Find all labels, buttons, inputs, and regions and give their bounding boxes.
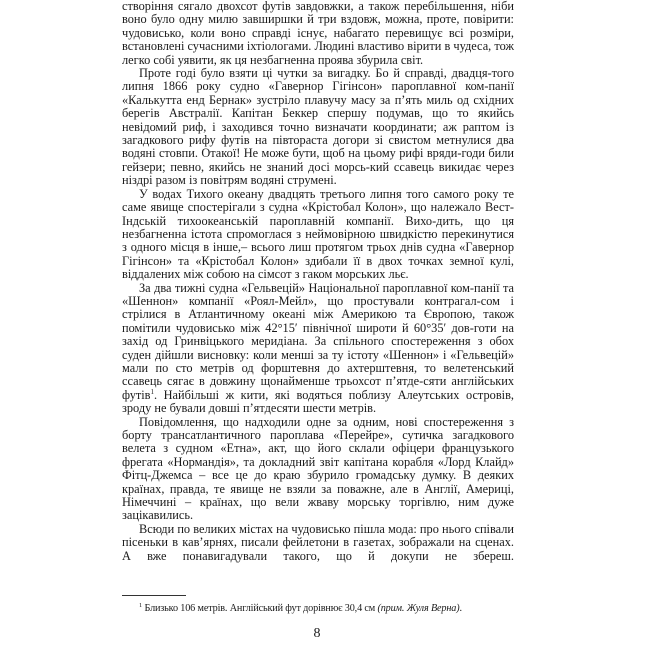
paragraph-2: Проте годі було взяти ці чутки за вигадк… xyxy=(122,67,514,188)
footnote-divider xyxy=(122,595,186,596)
footnote-end: . xyxy=(459,603,461,614)
page-number: 8 xyxy=(0,626,650,642)
paragraph-4-text-a: За два тижні судна «Гельвецій» Національ… xyxy=(122,281,514,402)
main-text: створіння сягало двохсот футів завдовжки… xyxy=(122,0,514,563)
paragraph-4: За два тижні судна «Гельвецій» Національ… xyxy=(122,282,514,416)
paragraph-5: Повідомлення, що надходили одне за одним… xyxy=(122,416,514,523)
paragraph-6: Всюди по великих містах на чудовисько пі… xyxy=(122,523,514,563)
footnote-author-note: (прим. Жуля Верна) xyxy=(377,603,459,614)
footnote: 1 Близько 106 метрів. Англійський фут до… xyxy=(122,603,514,615)
footnote-text: Близько 106 метрів. Англійський фут дорі… xyxy=(142,603,377,614)
page-number-value: 8 xyxy=(314,626,321,641)
page-body: створіння сягало двохсот футів завдовжки… xyxy=(122,0,514,563)
paragraph-4-text-b: . Найбільші ж кити, які водяться поблизу… xyxy=(122,388,514,415)
paragraph-3: У водах Тихого океану двадцять третього … xyxy=(122,188,514,282)
paragraph-1: створіння сягало двохсот футів завдовжки… xyxy=(122,0,514,67)
